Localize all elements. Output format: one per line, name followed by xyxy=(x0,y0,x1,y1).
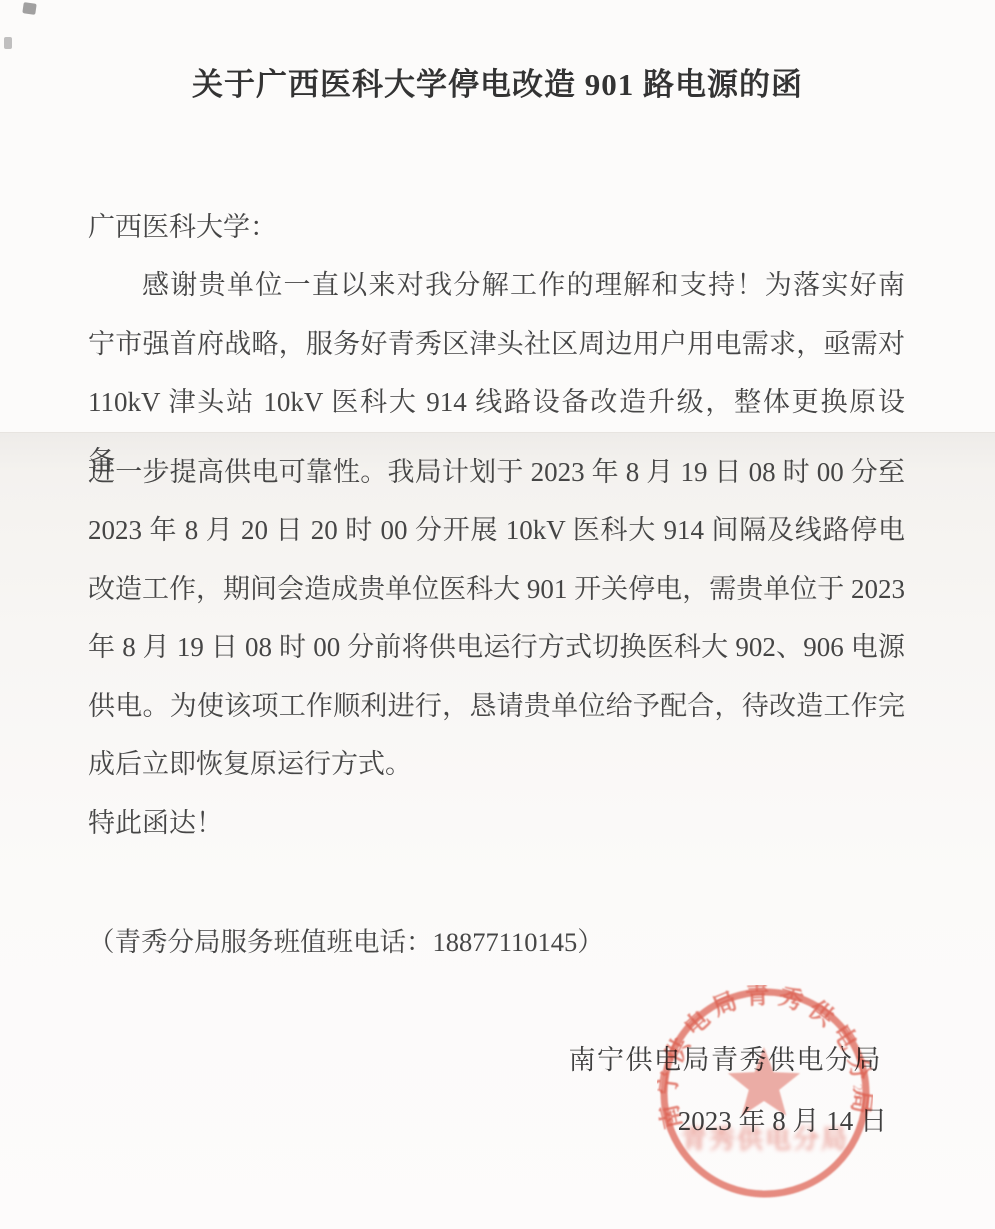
seal-ring xyxy=(664,992,866,1194)
body-line: 特此函达！ xyxy=(88,794,905,853)
salutation: 广西医科大学： xyxy=(88,198,905,256)
signature-org: 南宁供电局青秀供电分局 xyxy=(569,1033,883,1087)
official-seal-graphic: 南宁供电局青秀供电分局 青秀供电分局 26 xyxy=(657,985,873,1201)
letter-document: 关于广西医科大学停电改造 901 路电源的函 广西医科大学： 感谢贵单位一直以来… xyxy=(0,0,995,1229)
contact-phone-line: （青秀分局服务班值班电话：18877110145） xyxy=(88,913,604,971)
official-seal: 南宁供电局青秀供电分局 青秀供电分局 26 xyxy=(657,985,873,1201)
body-line: 2023 年 8 月 20 日 20 时 00 分开展 10kV 医科大 914… xyxy=(88,501,905,560)
body-line: 感谢贵单位一直以来对我分解工作的理解和支持！为落实好南 xyxy=(88,256,905,315)
scan-artifact xyxy=(4,37,12,49)
letter-body: 广西医科大学： 感谢贵单位一直以来对我分解工作的理解和支持！为落实好南 宁市强首… xyxy=(88,198,905,852)
body-line: 改造工作，期间会造成贵单位医科大 901 开关停电，需贵单位于 2023 xyxy=(88,560,905,619)
body-line: 进一步提高供电可靠性。我局计划于 2023 年 8 月 19 日 08 时 00… xyxy=(88,443,905,502)
body-line: 成后立即恢复原运行方式。 xyxy=(88,735,905,794)
signature-date: 2023 年 8 月 14 日 xyxy=(678,1094,887,1148)
body-line: 年 8 月 19 日 08 时 00 分前将供电运行方式切换医科大 902、90… xyxy=(88,618,905,677)
body-line: 110kV 津头站 10kV 医科大 914 线路设备改造升级，整体更换原设备， xyxy=(88,373,905,432)
letter-title: 关于广西医科大学停电改造 901 路电源的函 xyxy=(0,62,995,108)
body-line: 宁市强首府战略，服务好青秀区津头社区周边用户用电需求，亟需对 xyxy=(88,315,905,374)
scan-artifact xyxy=(22,2,36,15)
body-line: 供电。为使该项工作顺利进行，恳请贵单位给予配合，待改造工作完 xyxy=(88,677,905,736)
